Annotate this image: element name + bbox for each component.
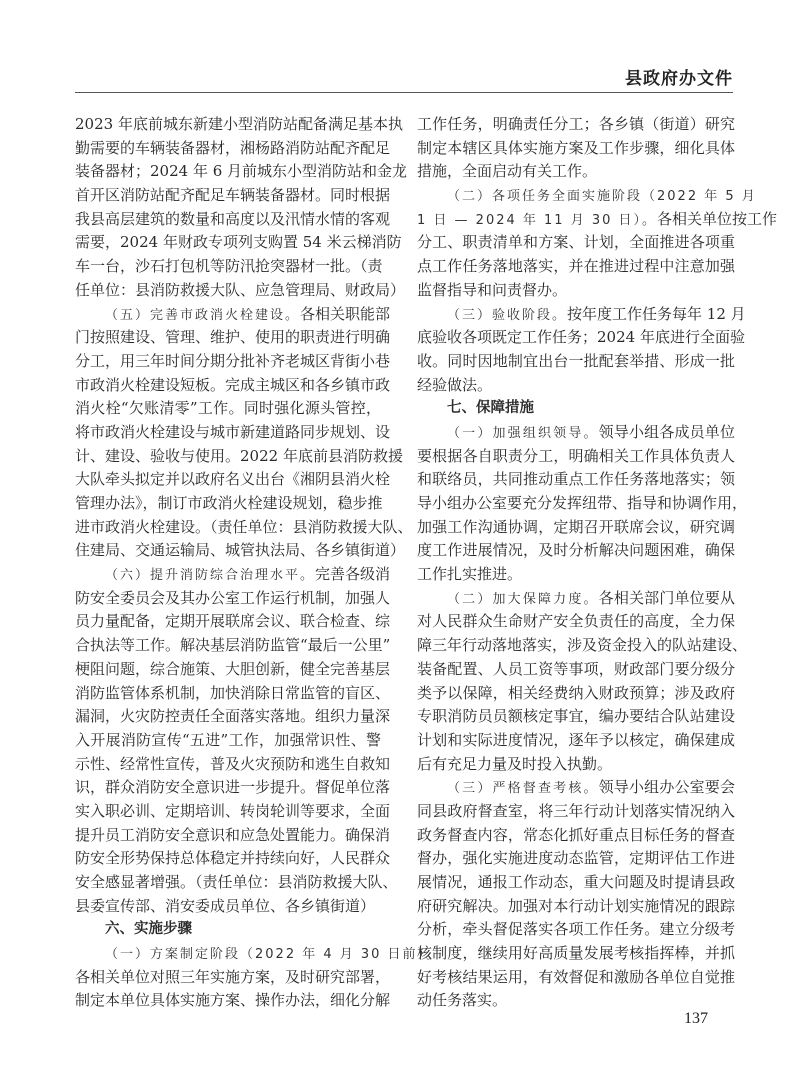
page-number: 137 [684, 1010, 708, 1028]
text-line: 入开展消防宣传“五进”工作，加强常识性、警 [75, 729, 381, 753]
line-text: 消防监管体系机制，加快消除日常监管的盲区、 [75, 684, 390, 702]
text-line: （三）严格督查考核。领导小组办公室要会 [417, 776, 735, 800]
line-text: 收。同时因地制宜出台一批配套举措、形成一批 [417, 352, 735, 370]
line-text: 工作任务，明确责任分工；各乡镇（街道）研究 [417, 115, 735, 133]
text-line: 监督指导和问责督办。 [417, 279, 735, 303]
line-text: 导小组办公室要充分发挥纽带、指导和协调作用， [417, 494, 747, 512]
text-line: 计划和实际进度情况，逐年予以核定，确保建成 [417, 729, 735, 753]
line-text: 要根据各自职责分工，明确相关工作具体负责人 [417, 447, 735, 465]
line-text: 实入职必训、定期培训、转岗轮训等要求，全面 [75, 802, 390, 820]
line-text: 制定本辖区具体实施方案及工作步骤，细化具体 [417, 139, 735, 157]
text-line: 我县高层建筑的数量和高度以及汛情水情的客观 [75, 208, 381, 232]
line-text: 漏洞，火灾防控责任全面落实落地。组织力量深 [75, 707, 390, 725]
line-text: 识，群众消防安全意识进一步提升。督促单位落 [75, 778, 390, 796]
text-line: 梗阻问题，综合施策、大胆创新，健全完善基层 [75, 658, 381, 682]
text-line: 合执法等工作。解决基层消防监管“最后一公里” [75, 634, 381, 658]
line-text: 将市政消火栓建设与城市新建道路同步规划、设 [75, 423, 390, 441]
line-text: 动任务落实。 [417, 991, 507, 1009]
line-text: 政务督查内容，常态化抓好重点目标任务的督查 [417, 826, 735, 844]
text-line: 消火栓“欠账清零”工作。同时强化源头管控， [75, 397, 381, 421]
line-text: 障三年行动落地落实，涉及资金投入的队站建设、 [417, 636, 747, 654]
right-column: 工作任务，明确责任分工；各乡镇（街道）研究制定本辖区具体实施方案及工作步骤，细化… [417, 113, 735, 1013]
text-line: 府研究解决。加强对本行动计划实施情况的跟踪 [417, 895, 735, 919]
text-line: 漏洞，火灾防控责任全面落实落地。组织力量深 [75, 705, 381, 729]
line-text: 核制度，继续用好高质量发展考核指挥棒，并抓 [417, 944, 735, 962]
subsection-title: （一）方案制定阶段（2022 年 4 月 30 日前）。 [105, 947, 441, 962]
line-text: 各相关职能部 [300, 305, 390, 323]
text-line: 2023 年底前城东新建小型消防站配备满足基本执 [75, 113, 381, 137]
line-text: 装备器材；2024 年 6 月前城东小型消防站和金龙 [75, 162, 407, 180]
text-line: 任单位：县消防救援大队、应急管理局、财政局） [75, 279, 381, 303]
line-text: 管理办法》，制订市政消火栓建设规划，稳步推 [75, 494, 383, 512]
line-text: 我县高层建筑的数量和高度以及汛情水情的客观 [75, 210, 390, 228]
subsection-title: （二）各项任务全面实施阶段（2022 年 5 月 [447, 189, 757, 204]
line-text: 完善各级消 [315, 565, 390, 583]
text-line: 实入职必训、定期培训、转岗轮训等要求，全面 [75, 800, 381, 824]
text-line: 勤需要的车辆装备器材，湘杨路消防站配齐配足 [75, 137, 381, 161]
subsection-title: （三）严格督查考核。 [447, 781, 599, 796]
line-text: 七、保障措施 [447, 400, 534, 416]
text-line: 点工作任务落地落实，并在推进过程中注意加强 [417, 255, 735, 279]
text-line: 障三年行动落地落实，涉及资金投入的队站建设、 [417, 634, 735, 658]
text-line: 进市政消火栓建设。（责任单位：县消防救援大队、 [75, 516, 381, 540]
text-line: 政务督查内容，常态化抓好重点目标任务的督查 [417, 824, 735, 848]
text-line: 经验做法。 [417, 374, 735, 398]
line-text: 提升员工消防安全意识和应急处置能力。确保消 [75, 826, 390, 844]
section-heading: 七、保障措施 [417, 397, 735, 421]
line-text: 安全感显著增强。（责任单位：县消防救援大队、 [75, 873, 398, 891]
line-text: 勤需要的车辆装备器材，湘杨路消防站配齐配足 [75, 139, 390, 157]
line-text: 监督指导和问责督办。 [417, 281, 567, 299]
text-line: 示性、经常性宣传，普及火灾预防和逃生自救知 [75, 753, 381, 777]
line-text: 底验收各项既定工作任务；2024 年底进行全面验 [417, 328, 745, 346]
line-text: 领导小组办公室要会 [599, 778, 735, 796]
text-line: 市政消火栓建设短板。完成主城区和各乡镇市政 [75, 374, 381, 398]
line-text: 住建局、交通运输局、城管执法局、各乡镇街道） [75, 541, 405, 559]
text-line: 工作任务，明确责任分工；各乡镇（街道）研究 [417, 113, 735, 137]
line-text: 防安全委员会及其办公室工作运行机制，加强人 [75, 589, 390, 607]
text-line: 安全感显著增强。（责任单位：县消防救援大队、 [75, 871, 381, 895]
text-line: （五）完善市政消火栓建设。各相关职能部 [75, 303, 381, 327]
left-column: 2023 年底前城东新建小型消防站配备满足基本执勤需要的车辆装备器材，湘杨路消防… [75, 113, 381, 1013]
text-line: 制定本辖区具体实施方案及工作步骤，细化具体 [417, 137, 735, 161]
line-text: 需要，2024 年财政专项列支购置 54 米云梯消防 [75, 233, 402, 251]
line-text: 2023 年底前城东新建小型消防站配备满足基本执 [75, 115, 403, 133]
text-line: 展情况，通报工作动态，重大问题及时提请县政 [417, 871, 735, 895]
text-line: （一）加强组织领导。领导小组各成员单位 [417, 421, 735, 445]
text-line: 度工作进展情况，及时分析解决问题困难，确保 [417, 539, 735, 563]
text-line: 员力量配备，定期开展联席会议、联合检查、综 [75, 610, 381, 634]
text-line: 核制度，继续用好高质量发展考核指挥棒，并抓 [417, 942, 735, 966]
line-text: 领导小组各成员单位 [599, 423, 735, 441]
line-text: 类予以保障，相关经费纳入财政预算；涉及政府 [417, 684, 735, 702]
line-text: 展情况，通报工作动态，重大问题及时提请县政 [417, 873, 735, 891]
text-line: 收。同时因地制宜出台一批配套举措、形成一批 [417, 350, 735, 374]
line-text: 任单位：县消防救援大队、应急管理局、财政局） [75, 281, 405, 299]
text-line: 装备器材；2024 年 6 月前城东小型消防站和金龙 [75, 160, 381, 184]
line-text: 门按照建设、管理、维护、使用的职责进行明确 [75, 328, 390, 346]
text-line: 专职消防员员额核定事宜，编办要结合队站建设 [417, 705, 735, 729]
line-text: 各相关单位对照三年实施方案，及时研究部署， [75, 968, 390, 986]
header-rule [75, 92, 733, 93]
line-text: 六、实施步骤 [105, 921, 192, 937]
text-line: （二）各项任务全面实施阶段（2022 年 5 月 [417, 184, 735, 208]
text-line: 防安全委员会及其办公室工作运行机制，加强人 [75, 587, 381, 611]
text-line: 提升员工消防安全意识和应急处置能力。确保消 [75, 824, 381, 848]
text-line: 分工，用三年时间分期分批补齐老城区背街小巷 [75, 350, 381, 374]
subsection-title: （五）完善市政消火栓建设。 [105, 308, 300, 323]
text-line: （六）提升消防综合治理水平。完善各级消 [75, 563, 381, 587]
line-text: 好考核结果运用，有效督促和激励各单位自觉推 [417, 968, 735, 986]
text-line: 1 日 — 2024 年 11 月 30 日）。各相关单位按工作 [417, 208, 735, 232]
text-line: 首开区消防站配齐配足车辆装备器材。同时根据 [75, 184, 381, 208]
page-header-title: 县政府办文件 [625, 64, 733, 89]
line-text: 加强工作沟通协调，定期召开联席会议，研究调 [417, 518, 735, 536]
subsection-title: （三）验收阶段。 [447, 308, 567, 323]
text-line: 对人民群众生命财产安全负责任的高度，全力保 [417, 610, 735, 634]
line-text: 各相关单位按工作 [657, 210, 777, 228]
text-line: （一）方案制定阶段（2022 年 4 月 30 日前）。 [75, 942, 381, 966]
line-text: 合执法等工作。解决基层消防监管“最后一公里” [75, 636, 390, 654]
text-line: 需要，2024 年财政专项列支购置 54 米云梯消防 [75, 231, 381, 255]
line-text: 措施，全面启动有关工作。 [417, 162, 597, 180]
line-text: 分工、职责清单和方案、计划，全面推进各项重 [417, 233, 735, 251]
line-text: 装备配置、人员工资等事项，财政部门要分级分 [417, 660, 735, 678]
line-text: 点工作任务落地落实，并在推进过程中注意加强 [417, 257, 735, 275]
line-text: 进市政消火栓建设。（责任单位：县消防救援大队、 [75, 518, 413, 536]
subsection-title: （六）提升消防综合治理水平。 [105, 568, 315, 583]
line-text: 后有充足力量及时投入执勤。 [417, 755, 612, 773]
text-line: 要根据各自职责分工，明确相关工作具体负责人 [417, 445, 735, 469]
text-line: 分析，牵头督促落实各项工作任务。建立分级考 [417, 918, 735, 942]
line-text: 按年度工作任务每年 12 月 [567, 305, 746, 323]
text-line: 类予以保障，相关经费纳入财政预算；涉及政府 [417, 682, 735, 706]
line-text: 工作扎实推进。 [417, 565, 522, 583]
line-text: 员力量配备，定期开展联席会议、联合检查、综 [75, 612, 390, 630]
text-line: 计、建设、验收与使用。2022 年底前县消防救援 [75, 445, 381, 469]
line-text: 分析，牵头督促落实各项工作任务。建立分级考 [417, 920, 735, 938]
line-text: 市政消火栓建设短板。完成主城区和各乡镇市政 [75, 376, 390, 394]
line-text: 计划和实际进度情况，逐年予以核定，确保建成 [417, 731, 735, 749]
line-text: 首开区消防站配齐配足车辆装备器材。同时根据 [75, 186, 390, 204]
text-line: 管理办法》，制订市政消火栓建设规划，稳步推 [75, 492, 381, 516]
text-line: 大队牵头拟定并以政府名义出台《湘阴县消火栓 [75, 468, 381, 492]
text-line: 导小组办公室要充分发挥纽带、指导和协调作用， [417, 492, 735, 516]
text-line: 后有充足力量及时投入执勤。 [417, 753, 735, 777]
text-line: 车一台，沙石打包机等防汛抢突器材一批。（责 [75, 255, 381, 279]
line-text: 消火栓“欠账清零”工作。同时强化源头管控， [75, 399, 381, 417]
line-text: 同县政府督查室，将三年行动计划落实情况纳入 [417, 802, 735, 820]
text-line: 消防监管体系机制，加快消除日常监管的盲区、 [75, 682, 381, 706]
line-text: 和联络员，共同推动重点工作任务落地落实；领 [417, 470, 735, 488]
line-text: 车一台，沙石打包机等防汛抢突器材一批。（责 [75, 257, 383, 275]
line-text: 对人民群众生命财产安全负责任的高度，全力保 [417, 612, 735, 630]
section-heading: 六、实施步骤 [75, 918, 381, 942]
line-text: 督办，强化实施进度动态监管，定期评估工作进 [417, 849, 735, 867]
subsection-title: （二）加大保障力度。 [447, 592, 599, 607]
text-line: 住建局、交通运输局、城管执法局、各乡镇街道） [75, 539, 381, 563]
text-line: 督办，强化实施进度动态监管，定期评估工作进 [417, 847, 735, 871]
text-line: 装备配置、人员工资等事项，财政部门要分级分 [417, 658, 735, 682]
line-text: 梗阻问题，综合施策、大胆创新，健全完善基层 [75, 660, 390, 678]
text-line: 分工、职责清单和方案、计划，全面推进各项重 [417, 231, 735, 255]
line-text: 分工，用三年时间分期分批补齐老城区背街小巷 [75, 352, 390, 370]
line-text: 防安全形势保持总体稳定并持续向好，人民群众 [75, 849, 390, 867]
line-text: 计、建设、验收与使用。2022 年底前县消防救援 [75, 447, 403, 465]
line-text: 各相关部门单位要从 [599, 589, 735, 607]
text-line: 底验收各项既定工作任务；2024 年底进行全面验 [417, 326, 735, 350]
line-text: 经验做法。 [417, 376, 492, 394]
line-text: 示性、经常性宣传，普及火灾预防和逃生自救知 [75, 755, 390, 773]
subsection-title: 1 日 — 2024 年 11 月 30 日）。 [417, 213, 657, 228]
text-line: 县委宣传部、消安委成员单位、各乡镇街道） [75, 895, 381, 919]
line-text: 制定本单位具体实施方案、操作办法，细化分解 [75, 991, 390, 1009]
text-line: 各相关单位对照三年实施方案，及时研究部署， [75, 966, 381, 990]
text-line: 识，群众消防安全意识进一步提升。督促单位落 [75, 776, 381, 800]
text-line: （三）验收阶段。按年度工作任务每年 12 月 [417, 303, 735, 327]
line-text: 府研究解决。加强对本行动计划实施情况的跟踪 [417, 897, 735, 915]
line-text: 县委宣传部、消安委成员单位、各乡镇街道） [75, 897, 375, 915]
text-line: 将市政消火栓建设与城市新建道路同步规划、设 [75, 421, 381, 445]
subsection-title: （一）加强组织领导。 [447, 426, 599, 441]
text-line: 制定本单位具体实施方案、操作办法，细化分解 [75, 989, 381, 1013]
line-text: 专职消防员员额核定事宜，编办要结合队站建设 [417, 707, 735, 725]
line-text: 度工作进展情况，及时分析解决问题困难，确保 [417, 541, 735, 559]
text-line: 措施，全面启动有关工作。 [417, 160, 735, 184]
line-text: 大队牵头拟定并以政府名义出台《湘阴县消火栓 [75, 470, 390, 488]
text-line: 同县政府督查室，将三年行动计划落实情况纳入 [417, 800, 735, 824]
text-line: 工作扎实推进。 [417, 563, 735, 587]
text-line: 好考核结果运用，有效督促和激励各单位自觉推 [417, 966, 735, 990]
text-line: 防安全形势保持总体稳定并持续向好，人民群众 [75, 847, 381, 871]
line-text: 入开展消防宣传“五进”工作，加强常识性、警 [75, 731, 381, 749]
text-line: 加强工作沟通协调，定期召开联席会议，研究调 [417, 516, 735, 540]
text-line: 和联络员，共同推动重点工作任务落地落实；领 [417, 468, 735, 492]
text-line: （二）加大保障力度。各相关部门单位要从 [417, 587, 735, 611]
text-line: 门按照建设、管理、维护、使用的职责进行明确 [75, 326, 381, 350]
